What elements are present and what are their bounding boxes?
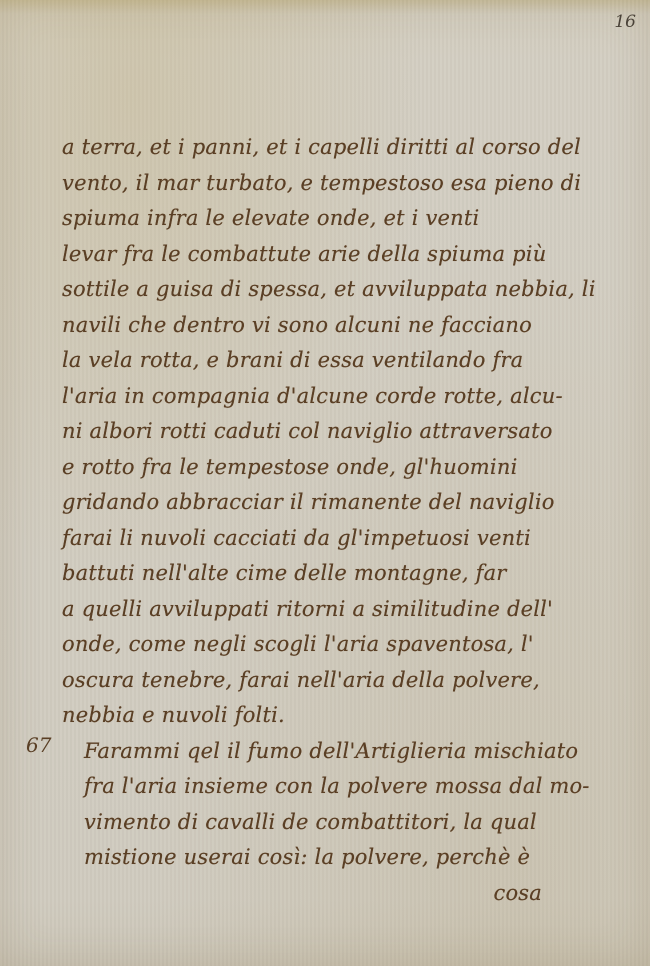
text-line: sottile a guisa di spessa, et avviluppat… [62,272,562,308]
text-line: vento, il mar turbato, e tempestoso esa … [62,166,562,202]
text-line: la vela rotta, e brani di essa ventiland… [62,343,562,379]
text-line: mistione userai così: la polvere, perchè… [62,840,562,876]
text-line: spiuma infra le elevate onde, et i venti [62,201,562,237]
text-line: gridando abbracciar il rimanente del nav… [62,485,562,521]
text-line: battuti nell'alte cime delle montagne, f… [62,556,562,592]
text-line: navili che dentro vi sono alcuni ne facc… [62,308,562,344]
text-line: vimento di cavalli de combattitori, la q… [62,805,562,841]
text-line: fra l'aria insieme con la polvere mossa … [62,769,562,805]
text-line: nebbia e nuvoli folti. [62,698,562,734]
text-line: levar fra le combattute arie della spium… [62,237,562,273]
marginal-paragraph-number: 67 [26,733,51,757]
text-line: farai li nuvoli cacciati da gl'impetuosi… [62,521,562,557]
text-line: a terra, et i panni, et i capelli diritt… [62,130,562,166]
text-line: l'aria in compagnia d'alcune corde rotte… [62,379,562,415]
text-line: e rotto fra le tempestose onde, gl'huomi… [62,450,562,486]
text-line-paragraph-start: Farammi qel il fumo dell'Artiglieria mis… [62,734,562,770]
manuscript-page: 16 a terra, et i panni, et i capelli dir… [0,0,650,966]
text-line: a quelli avviluppati ritorni a similitud… [62,592,562,628]
manuscript-text: a terra, et i panni, et i capelli diritt… [62,130,562,911]
text-line: ni albori rotti caduti col naviglio attr… [62,414,562,450]
catchword: cosa [62,876,562,912]
text-line: oscura tenebre, farai nell'aria della po… [62,663,562,699]
text-line: onde, come negli scogli l'aria spaventos… [62,627,562,663]
folio-number: 16 [614,12,636,32]
